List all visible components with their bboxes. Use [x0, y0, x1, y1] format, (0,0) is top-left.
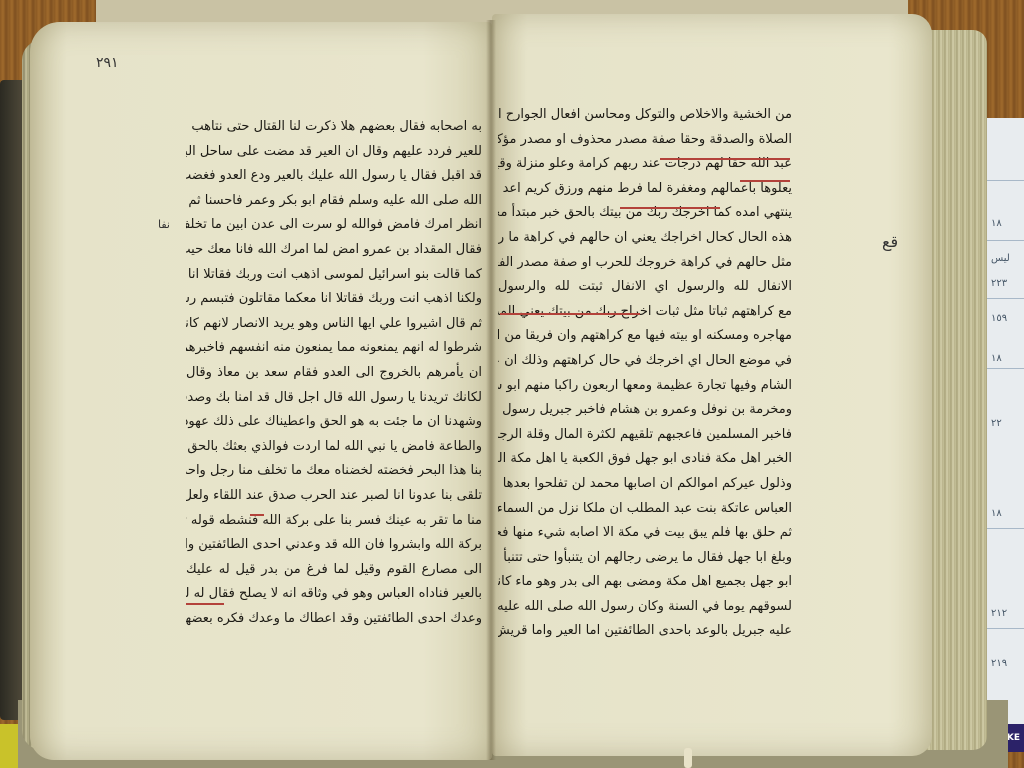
card-rule	[983, 240, 1024, 241]
text-line: به اصحابه فقال بعضهم هلا ذكرت لنا القتال…	[186, 115, 482, 140]
text-line: عبد الله حقا لهم درجات عند ربهم كرامة وع…	[498, 152, 792, 177]
text-line: العباس عاتكة بنت عبد المطلب ان ملكا نزل …	[498, 497, 792, 522]
card-note: ٢١٢	[991, 608, 1007, 619]
text-line: فقال المقداد بن عمرو امض لما امرك الله ف…	[186, 238, 482, 263]
card-note: ١٨	[991, 508, 1002, 519]
notes-card: ١٨ ليس ٢٢٣ ١٥٩ ١٨ ٢٢ ١٨ ٢١٢ ٢١٩	[982, 118, 1024, 728]
text-line: وذلول عيركم اموالكم ان اصابها محمد لن تف…	[498, 472, 792, 497]
book-gutter	[486, 20, 496, 760]
card-rule	[983, 180, 1024, 181]
yellow-book-spine	[0, 724, 20, 768]
card-note: ١٨	[991, 353, 1002, 364]
right-page-edges	[925, 30, 987, 750]
text-line: مهاجره ومسكنه او بيته فيها مع كراهتهم وا…	[498, 324, 792, 349]
text-line: ابو جهل بجميع اهل مكة ومضى بهم الى بدر و…	[498, 570, 792, 595]
text-line: بنا هذا البحر فخضته لخضناه معك ما تخلف م…	[186, 459, 482, 484]
card-note: ٢٢٣	[991, 278, 1007, 289]
text-line: من الخشية والاخلاص والتوكل ومحاسن افعال …	[498, 103, 792, 128]
text-line: تلقى بنا عدونا انا لصبر عند الحرب صدق عن…	[186, 484, 482, 509]
text-line: الصلاة والصدقة وحقا صفة مصدر محذوف او مص…	[498, 128, 792, 153]
text-line: الشام وفيها تجارة عظيمة ومعها اربعون راك…	[498, 374, 792, 399]
red-underline	[660, 158, 790, 160]
text-line: شرطوا له انهم يمنعونه مما يمنعون منه انف…	[186, 336, 482, 361]
text-line: ولكنا اذهب انت وربك فقاتلا انا معكما مقا…	[186, 287, 482, 312]
text-line: عليه جبريل بالوعد باحدى الطائفتين اما ال…	[498, 619, 792, 644]
text-line: الله صلى الله عليه وسلم فقام ابو بكر وعم…	[186, 189, 482, 214]
card-note: ٢٢	[991, 418, 1002, 429]
red-underline	[500, 313, 640, 315]
text-line: وشهدنا ان ما جئت به هو الحق واعطيناك على…	[186, 410, 482, 435]
text-line: ينتهي امده كما اخرجك ربك من بيتك بالحق خ…	[498, 201, 792, 226]
text-line: الى مصارع القوم وقيل لما فرغ من بدر قيل …	[186, 558, 482, 583]
left-page-text: به اصحابه فقال بعضهم هلا ذكرت لنا القتال…	[186, 115, 482, 631]
card-note: ٢١٩	[991, 658, 1007, 669]
text-line: ثم قال اشيروا علي ايها الناس وهو يريد ال…	[186, 312, 482, 337]
text-line: بركة الله وابشروا فان الله قد وعدني احدى…	[186, 533, 482, 558]
red-underline	[620, 207, 720, 209]
text-line: لكانك تريدنا يا رسول الله قال اجل قال قد…	[186, 386, 482, 411]
text-line: وعدك احدى الطائفتين وقد اعطاك ما وعدك فك…	[186, 607, 482, 632]
right-margin-note: قع	[882, 232, 898, 251]
right-page-text: من الخشية والاخلاص والتوكل ومحاسن افعال …	[498, 103, 792, 644]
text-line: ان يأمرهم بالخروج الى العدو فقام سعد بن …	[186, 361, 482, 386]
text-line: قد اقبل فقال يا رسول الله عليك بالعير ود…	[186, 164, 482, 189]
card-note: ١٨	[991, 218, 1002, 229]
text-line: بالعير فناداه العباس وهو في وثاقه انه لا…	[186, 582, 482, 607]
text-line: فاخبر المسلمين فاعجبهم تلقيهم لكثرة الما…	[498, 423, 792, 448]
text-line: مثل حالهم في كراهة خروجك للحرب او صفة مص…	[498, 251, 792, 276]
card-note: ١٥٩	[991, 313, 1007, 324]
text-line: كما قالت بنو اسرائيل لموسى اذهب انت وربك…	[186, 263, 482, 288]
bookmark-ribbon	[684, 748, 692, 768]
card-note: ليس	[991, 253, 1010, 264]
text-line: لسوقهم يوما في السنة وكان رسول الله صلى …	[498, 595, 792, 620]
red-underline	[250, 514, 264, 516]
text-line: انظر امرك فامض فوالله لو سرت الى عدن ابي…	[186, 213, 482, 238]
card-rule	[983, 628, 1024, 629]
text-line: في موضع الحال اي اخرجك في حال كراهتهم وذ…	[498, 349, 792, 374]
card-rule	[983, 368, 1024, 369]
text-line: ومخرمة بن نوفل وعمرو بن هشام فاخبر جبريل…	[498, 398, 792, 423]
text-line: منا ما تقر به عينك فسر بنا على بركة الله…	[186, 509, 482, 534]
text-line: ثم حلق بها فلم يبق بيت في مكة الا اصابه …	[498, 521, 792, 546]
folio-number: ٢٩١	[96, 55, 119, 71]
text-line: الانفال لله والرسول اي الانفال ثبتت لله …	[498, 275, 792, 300]
text-line: هذه الحال كحال اخراجك يعني ان حالهم في ك…	[498, 226, 792, 251]
red-underline	[186, 603, 224, 605]
text-line: للعير فردد عليهم وقال ان العير قد مضت عل…	[186, 140, 482, 165]
red-underline	[740, 180, 790, 182]
text-line: والطاعة فامض يا نبي الله لما اردت فوالذي…	[186, 435, 482, 460]
text-line: الخبر اهل مكة فنادى ابو جهل فوق الكعبة ي…	[498, 447, 792, 472]
left-margin-note: نفا	[158, 218, 170, 231]
card-rule	[983, 298, 1024, 299]
text-line: وبلغ ابا جهل فقال ما يرضى رجالهم ان يتنب…	[498, 546, 792, 571]
card-rule	[983, 528, 1024, 529]
